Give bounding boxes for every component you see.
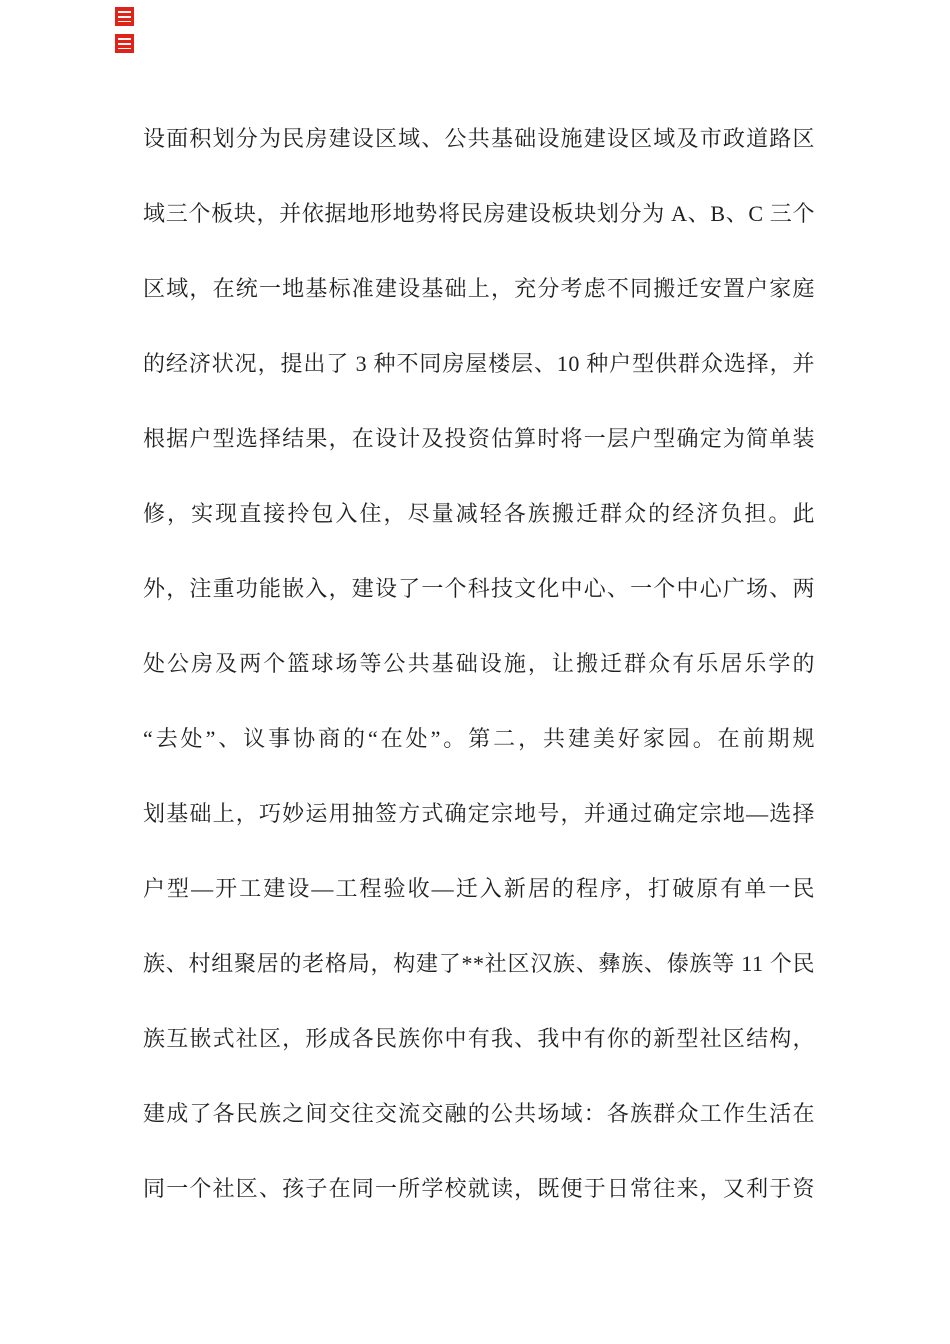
paragraph-text: 设面积划分为民房建设区域、公共基础设施建设区域及市政道路区 域三个板块，并依据地… <box>143 101 815 1226</box>
text-line: “去处”、议事协商的“在处”。第二，共建美好家园。在前期规 <box>143 701 815 776</box>
text-line: 同一个社区、孩子在同一所学校就读，既便于日常往来，又利于资 <box>143 1151 815 1226</box>
text-line: 建成了各民族之间交往交流交融的公共场域：各族群众工作生活在 <box>143 1076 815 1151</box>
red-watermark-mark-icon <box>115 34 134 53</box>
text-line: 划基础上，巧妙运用抽签方式确定宗地号，并通过确定宗地—选择 <box>143 776 815 851</box>
text-line: 区域，在统一地基标准建设基础上，充分考虑不同搬迁安置户家庭 <box>143 251 815 326</box>
text-line: 设面积划分为民房建设区域、公共基础设施建设区域及市政道路区 <box>143 101 815 176</box>
text-line: 外，注重功能嵌入，建设了一个科技文化中心、一个中心广场、两 <box>143 551 815 626</box>
text-line: 根据户型选择结果，在设计及投资估算时将一层户型确定为简单装 <box>143 401 815 476</box>
document-page: 设面积划分为民房建设区域、公共基础设施建设区域及市政道路区 域三个板块，并依据地… <box>0 0 950 1344</box>
text-line: 族、村组聚居的老格局，构建了**社区汉族、彝族、傣族等 11 个民 <box>143 926 815 1001</box>
text-line: 域三个板块，并依据地形地势将民房建设板块划分为 A、B、C 三个 <box>143 176 815 251</box>
red-watermark-mark-icon <box>115 7 134 26</box>
text-line: 修，实现直接拎包入住，尽量减轻各族搬迁群众的经济负担。此 <box>143 476 815 551</box>
text-line: 处公房及两个篮球场等公共基础设施，让搬迁群众有乐居乐学的 <box>143 626 815 701</box>
text-line: 的经济状况，提出了 3 种不同房屋楼层、10 种户型供群众选择，并 <box>143 326 815 401</box>
text-line: 户型—开工建设—工程验收—迁入新居的程序，打破原有单一民 <box>143 851 815 926</box>
text-line: 族互嵌式社区，形成各民族你中有我、我中有你的新型社区结构， <box>143 1001 815 1076</box>
